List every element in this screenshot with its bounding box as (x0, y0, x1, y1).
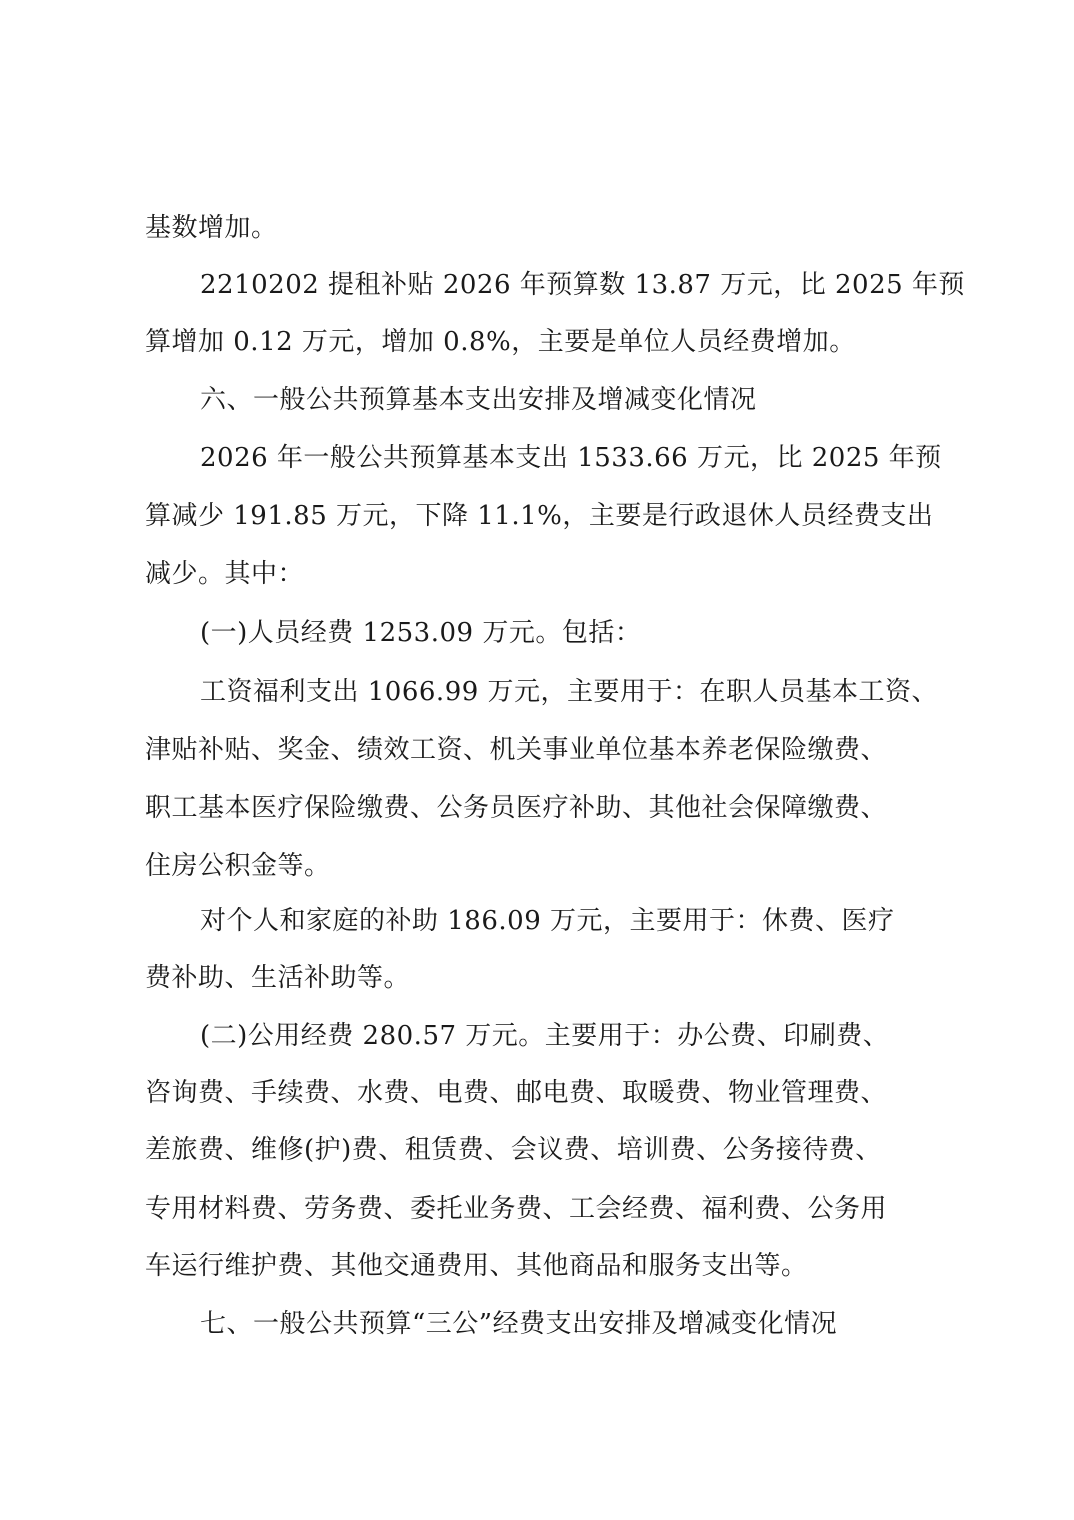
paragraph-line: 职工基本医疗保险缴费、公务员医疗补助、其他社会保障缴费、 (145, 791, 887, 825)
paragraph-line: 2210202 提租补贴 2026 年预算数 13.87 万元，比 2025 年… (200, 268, 965, 302)
paragraph-line: 算增加 0.12 万元，增加 0.8%，主要是单位人员经费增加。 (145, 325, 856, 359)
paragraph-line: 车运行维护费、其他交通费用、其他商品和服务支出等。 (145, 1249, 808, 1283)
section-heading: 七、一般公共预算“三公”经费支出安排及增减变化情况 (200, 1307, 837, 1341)
paragraph-line: 津贴补贴、奖金、绩效工资、机关事业单位基本养老保险缴费、 (145, 733, 887, 767)
paragraph-line: 住房公积金等。 (145, 849, 331, 883)
paragraph-line: 差旅费、维修(护)费、租赁费、会议费、培训费、公务接待费、 (145, 1133, 882, 1167)
paragraph-line: 咨询费、手续费、水费、电费、邮电费、取暖费、物业管理费、 (145, 1076, 887, 1110)
paragraph-line: 减少。其中： (145, 557, 304, 591)
paragraph-line: 对个人和家庭的补助 186.09 万元，主要用于：休费、医疗 (200, 904, 895, 938)
paragraph-line: 专用材料费、劳务费、委托业务费、工会经费、福利费、公务用 (145, 1192, 887, 1226)
paragraph-line: 算减少 191.85 万元，下降 11.1%，主要是行政退休人员经费支出 (145, 499, 933, 533)
document-page: 基数增加。 2210202 提租补贴 2026 年预算数 13.87 万元，比 … (0, 0, 1074, 1520)
subsection-heading: (一)人员经费 1253.09 万元。包括： (200, 616, 641, 650)
subsection-heading: (二)公用经费 280.57 万元。主要用于：办公费、印刷费、 (200, 1019, 889, 1053)
paragraph-line: 基数增加。 (145, 211, 278, 245)
paragraph-line: 2026 年一般公共预算基本支出 1533.66 万元，比 2025 年预 (200, 441, 942, 475)
paragraph-line: 费补助、生活补助等。 (145, 961, 410, 995)
section-heading: 六、一般公共预算基本支出安排及增减变化情况 (200, 383, 757, 417)
paragraph-line: 工资福利支出 1066.99 万元，主要用于：在职人员基本工资、 (200, 675, 938, 709)
